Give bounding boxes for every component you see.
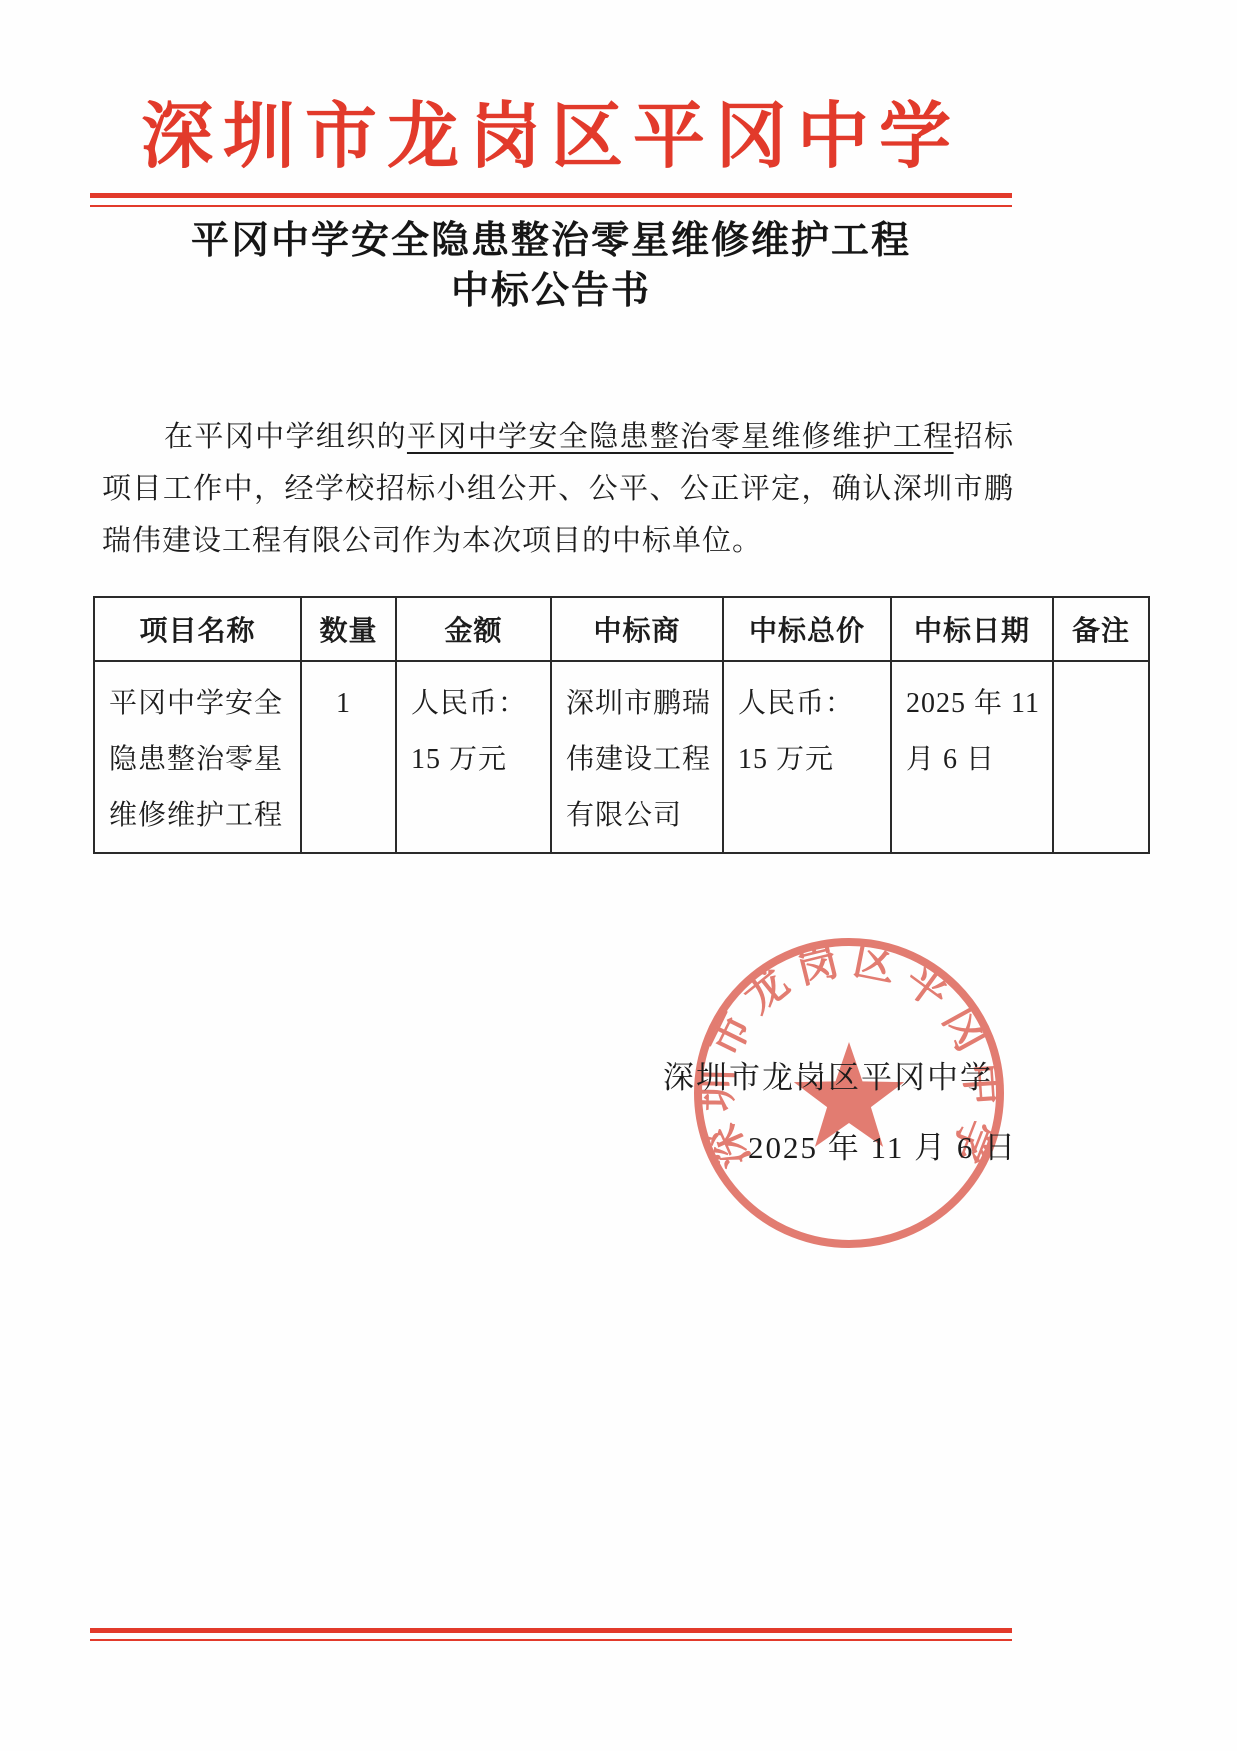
table-cell: 平冈中学安全 隐患整治零星 维修维护工程 <box>94 661 301 853</box>
signature-school-name: 深圳市龙岗区平冈中学 <box>663 1052 993 1097</box>
footer-rule-thick <box>90 1628 1012 1633</box>
award-results-table: 项目名称数量金额中标商中标总价中标日期备注 平冈中学安全 隐患整治零星 维修维护… <box>93 596 1150 854</box>
body-paragraph: 在平冈中学组织的平冈中学安全隐患整治零星维修维护工程招标项目工作中，经学校招标小… <box>102 411 1014 567</box>
signature-date: 2025 年 11 月 6 日 <box>748 1122 1017 1167</box>
paragraph-lead: 在平冈中学组织的 <box>164 421 407 453</box>
footer-rule-thin <box>90 1639 1012 1641</box>
letterhead-school-name: 深圳市龙岗区平冈中学 <box>90 78 1012 182</box>
paragraph-project-name-underlined: 平冈中学安全隐患整治零星维修维护工程 <box>407 421 954 453</box>
table-header-row: 项目名称数量金额中标商中标总价中标日期备注 <box>94 597 1149 661</box>
table-row: 平冈中学安全 隐患整治零星 维修维护工程1人民币： 15 万元深圳市鹏瑞 伟建设… <box>94 661 1149 853</box>
column-header: 备注 <box>1053 597 1149 661</box>
column-header: 金额 <box>396 597 551 661</box>
column-header: 项目名称 <box>94 597 301 661</box>
document-page: 深圳市龙岗区平冈中学 平冈中学安全隐患整治零星维修维护工程 中标公告书 在平冈中… <box>0 0 1237 1751</box>
column-header: 中标日期 <box>891 597 1053 661</box>
column-header: 中标总价 <box>723 597 891 661</box>
letterhead-rule-thick <box>90 193 1012 198</box>
table-cell: 深圳市鹏瑞 伟建设工程 有限公司 <box>551 661 723 853</box>
column-header: 数量 <box>301 597 396 661</box>
letterhead-rule-thin <box>90 205 1012 207</box>
document-title: 平冈中学安全隐患整治零星维修维护工程 中标公告书 <box>90 216 1012 316</box>
document-title-line2: 中标公告书 <box>90 266 1012 316</box>
table-cell: 人民币： 15 万元 <box>396 661 551 853</box>
table-cell: 人民币： 15 万元 <box>723 661 891 853</box>
table-cell <box>1053 661 1149 853</box>
table-body: 平冈中学安全 隐患整治零星 维修维护工程1人民币： 15 万元深圳市鹏瑞 伟建设… <box>94 661 1149 853</box>
document-title-line1: 平冈中学安全隐患整治零星维修维护工程 <box>90 216 1012 266</box>
table-cell: 1 <box>301 661 396 853</box>
table-cell: 2025 年 11 月 6 日 <box>891 661 1053 853</box>
column-header: 中标商 <box>551 597 723 661</box>
